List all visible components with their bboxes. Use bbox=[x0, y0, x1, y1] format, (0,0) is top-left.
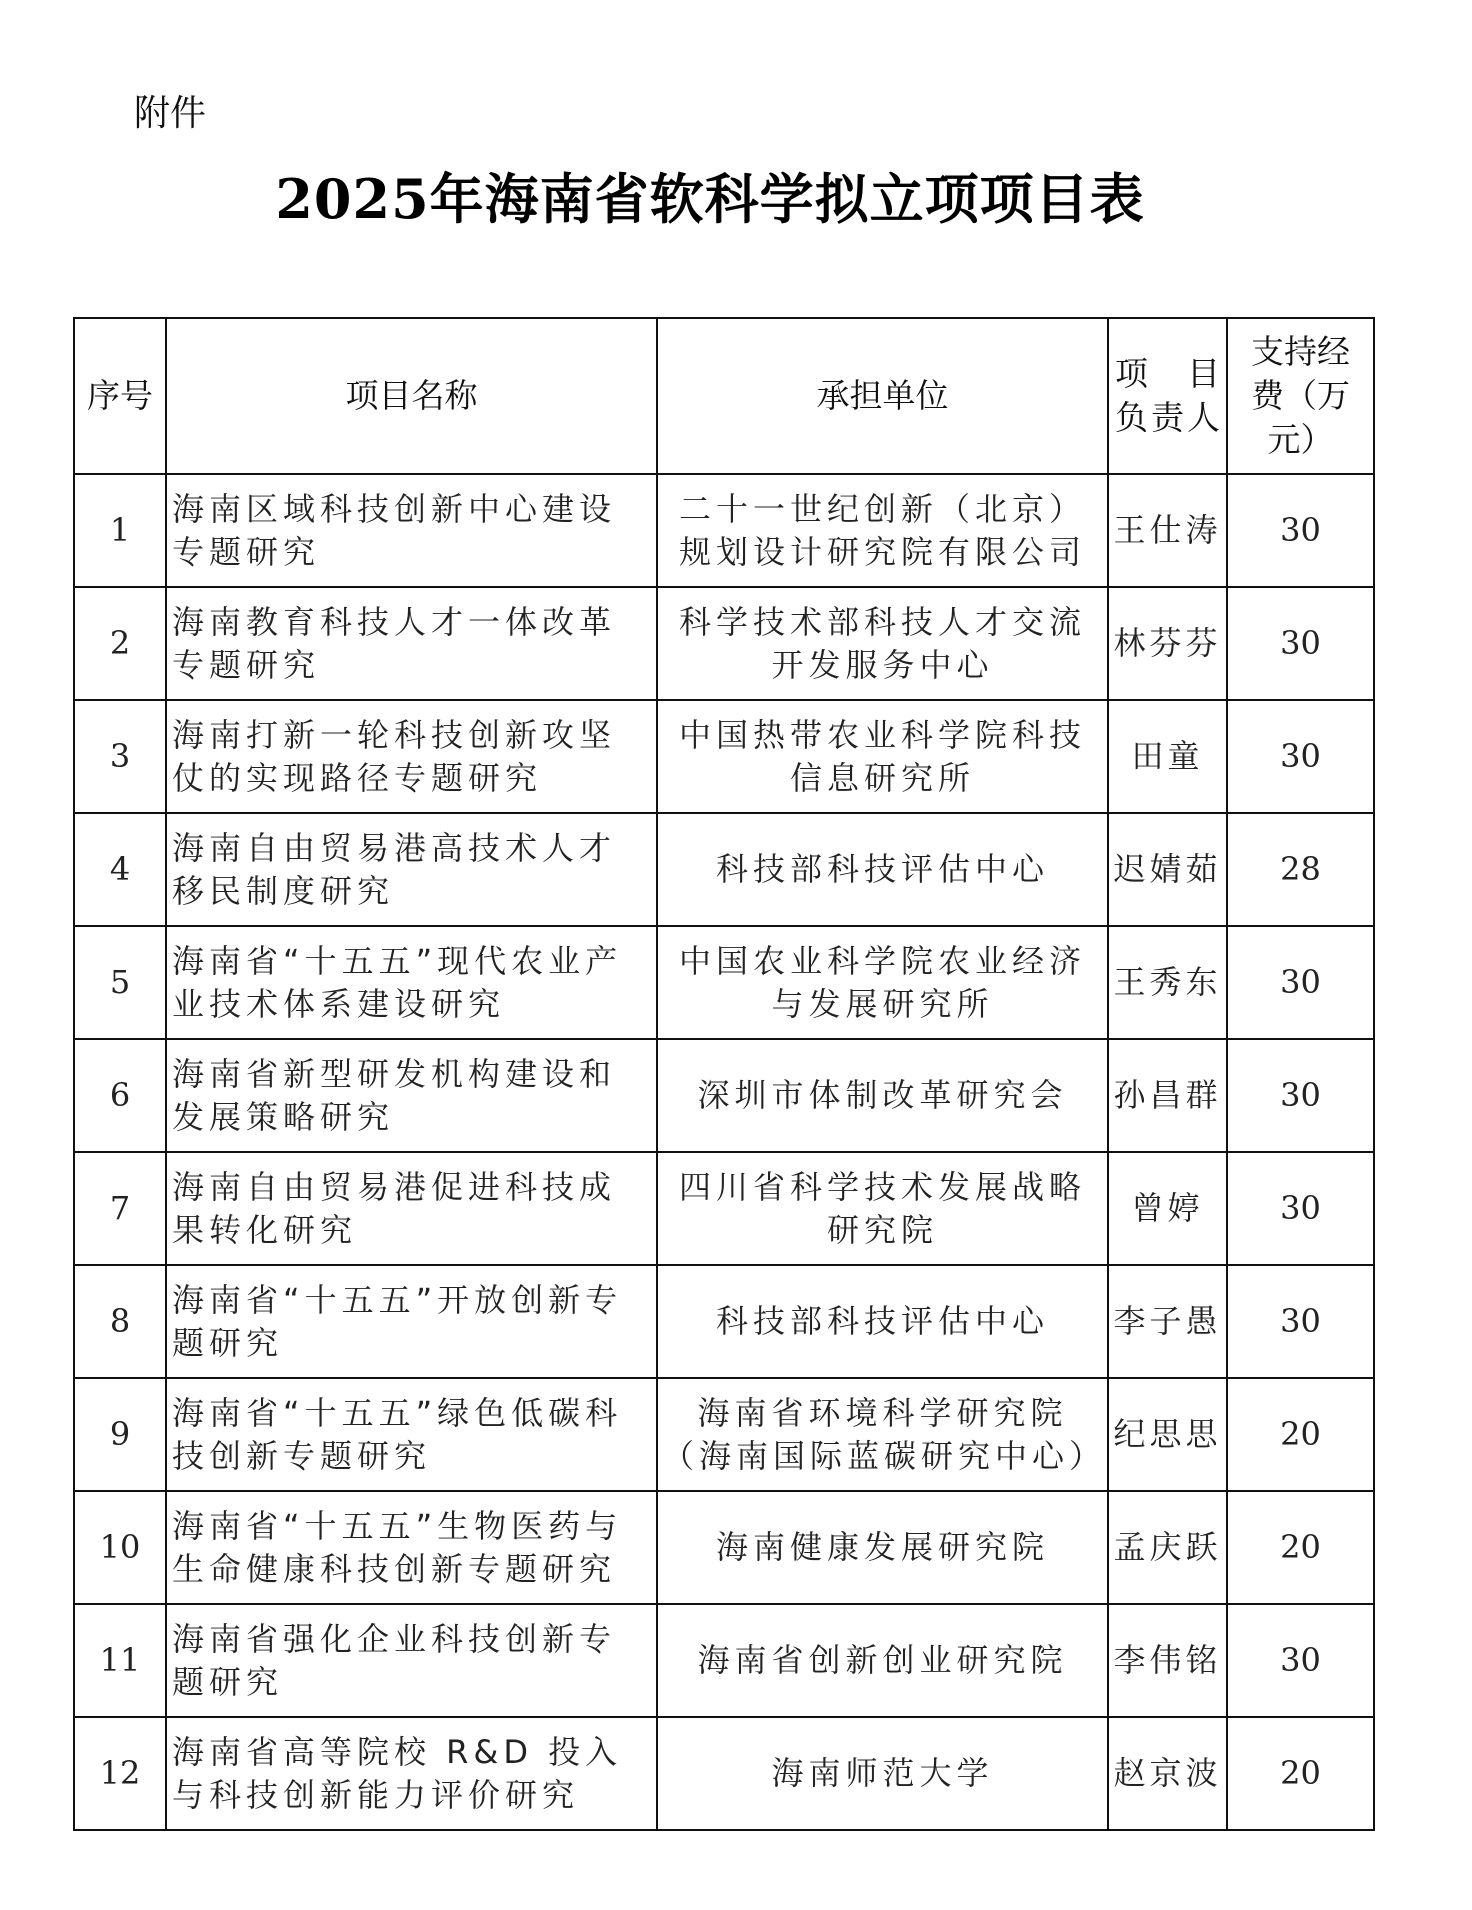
row-funding: 30 bbox=[1227, 474, 1374, 587]
row-index: 12 bbox=[74, 1717, 166, 1830]
row-unit: 中国热带农业科学院科技信息研究所 bbox=[657, 700, 1108, 813]
row-unit: 海南省环境科学研究院（海南国际蓝碳研究中心） bbox=[657, 1378, 1108, 1491]
row-funding: 30 bbox=[1227, 1039, 1374, 1152]
row-project-name: 海南区域科技创新中心建设专题研究 bbox=[166, 474, 657, 587]
row-project-name: 海南打新一轮科技创新攻坚仗的实现路径专题研究 bbox=[166, 700, 657, 813]
table-row: 10 海南省“十五五”生物医药与生命健康科技创新专题研究 海南健康发展研究院 孟… bbox=[74, 1491, 1374, 1604]
row-index: 2 bbox=[74, 587, 166, 700]
row-leader: 田童 bbox=[1108, 700, 1227, 813]
row-project-name: 海南自由贸易港高技术人才移民制度研究 bbox=[166, 813, 657, 926]
row-unit: 四川省科学技术发展战略研究院 bbox=[657, 1152, 1108, 1265]
table-row: 2 海南教育科技人才一体改革专题研究 科学技术部科技人才交流开发服务中心 林芬芬… bbox=[74, 587, 1374, 700]
row-leader: 纪思思 bbox=[1108, 1378, 1227, 1491]
row-funding: 20 bbox=[1227, 1717, 1374, 1830]
row-leader: 孟庆跃 bbox=[1108, 1491, 1227, 1604]
row-leader: 李子愚 bbox=[1108, 1265, 1227, 1378]
table-row: 3 海南打新一轮科技创新攻坚仗的实现路径专题研究 中国热带农业科学院科技信息研究… bbox=[74, 700, 1374, 813]
row-leader: 李伟铭 bbox=[1108, 1604, 1227, 1717]
row-index: 6 bbox=[74, 1039, 166, 1152]
row-funding: 30 bbox=[1227, 1604, 1374, 1717]
row-index: 8 bbox=[74, 1265, 166, 1378]
document-title: 2025年海南省软科学拟立项项目表 bbox=[0, 166, 1420, 232]
table-row: 4 海南自由贸易港高技术人才移民制度研究 科技部科技评估中心 迟婧茹 28 bbox=[74, 813, 1374, 926]
table-row: 9 海南省“十五五”绿色低碳科技创新专题研究 海南省环境科学研究院（海南国际蓝碳… bbox=[74, 1378, 1374, 1491]
row-funding: 28 bbox=[1227, 813, 1374, 926]
column-header-funding: 支持经费（万元） bbox=[1227, 318, 1374, 474]
row-index: 5 bbox=[74, 926, 166, 1039]
table-row: 8 海南省“十五五”开放创新专题研究 科技部科技评估中心 李子愚 30 bbox=[74, 1265, 1374, 1378]
row-leader: 林芬芬 bbox=[1108, 587, 1227, 700]
row-leader: 王秀东 bbox=[1108, 926, 1227, 1039]
row-funding: 30 bbox=[1227, 587, 1374, 700]
row-leader: 赵京波 bbox=[1108, 1717, 1227, 1830]
row-leader: 孙昌群 bbox=[1108, 1039, 1227, 1152]
table-row: 7 海南自由贸易港促进科技成果转化研究 四川省科学技术发展战略研究院 曾婷 30 bbox=[74, 1152, 1374, 1265]
attachment-label: 附件 bbox=[134, 92, 206, 136]
row-leader: 曾婷 bbox=[1108, 1152, 1227, 1265]
row-project-name: 海南教育科技人才一体改革专题研究 bbox=[166, 587, 657, 700]
row-unit: 海南省创新创业研究院 bbox=[657, 1604, 1108, 1717]
row-project-name: 海南省新型研发机构建设和发展策略研究 bbox=[166, 1039, 657, 1152]
row-unit: 科技部科技评估中心 bbox=[657, 1265, 1108, 1378]
column-header-leader: 项 目 负责人 bbox=[1108, 318, 1227, 474]
row-funding: 30 bbox=[1227, 1265, 1374, 1378]
row-index: 4 bbox=[74, 813, 166, 926]
row-index: 9 bbox=[74, 1378, 166, 1491]
row-funding: 20 bbox=[1227, 1491, 1374, 1604]
row-leader: 王仕涛 bbox=[1108, 474, 1227, 587]
table-row: 12 海南省高等院校 R&D 投入与科技创新能力评价研究 海南师范大学 赵京波 … bbox=[74, 1717, 1374, 1830]
row-project-name: 海南自由贸易港促进科技成果转化研究 bbox=[166, 1152, 657, 1265]
table-row: 11 海南省强化企业科技创新专题研究 海南省创新创业研究院 李伟铭 30 bbox=[74, 1604, 1374, 1717]
table-row: 5 海南省“十五五”现代农业产业技术体系建设研究 中国农业科学院农业经济与发展研… bbox=[74, 926, 1374, 1039]
column-header-unit: 承担单位 bbox=[657, 318, 1108, 474]
row-unit: 科学技术部科技人才交流开发服务中心 bbox=[657, 587, 1108, 700]
row-project-name: 海南省“十五五”绿色低碳科技创新专题研究 bbox=[166, 1378, 657, 1491]
row-index: 10 bbox=[74, 1491, 166, 1604]
row-funding: 30 bbox=[1227, 926, 1374, 1039]
row-unit: 中国农业科学院农业经济与发展研究所 bbox=[657, 926, 1108, 1039]
row-project-name: 海南省高等院校 R&D 投入与科技创新能力评价研究 bbox=[166, 1717, 657, 1830]
row-funding: 20 bbox=[1227, 1378, 1374, 1491]
row-funding: 30 bbox=[1227, 700, 1374, 813]
row-index: 11 bbox=[74, 1604, 166, 1717]
row-unit: 二十一世纪创新（北京）规划设计研究院有限公司 bbox=[657, 474, 1108, 587]
row-unit: 海南健康发展研究院 bbox=[657, 1491, 1108, 1604]
row-project-name: 海南省“十五五”生物医药与生命健康科技创新专题研究 bbox=[166, 1491, 657, 1604]
row-project-name: 海南省“十五五”开放创新专题研究 bbox=[166, 1265, 657, 1378]
row-index: 1 bbox=[74, 474, 166, 587]
row-leader: 迟婧茹 bbox=[1108, 813, 1227, 926]
row-unit: 深圳市体制改革研究会 bbox=[657, 1039, 1108, 1152]
row-index: 7 bbox=[74, 1152, 166, 1265]
row-unit: 海南师范大学 bbox=[657, 1717, 1108, 1830]
row-project-name: 海南省强化企业科技创新专题研究 bbox=[166, 1604, 657, 1717]
column-header-project-name: 项目名称 bbox=[166, 318, 657, 474]
row-funding: 30 bbox=[1227, 1152, 1374, 1265]
table-header-row: 序号 项目名称 承担单位 项 目 负责人 支持经费（万元） bbox=[74, 318, 1374, 474]
row-project-name: 海南省“十五五”现代农业产业技术体系建设研究 bbox=[166, 926, 657, 1039]
row-unit: 科技部科技评估中心 bbox=[657, 813, 1108, 926]
project-table: 序号 项目名称 承担单位 项 目 负责人 支持经费（万元） 1 海南区域科技创新… bbox=[73, 317, 1375, 1831]
row-index: 3 bbox=[74, 700, 166, 813]
table-row: 1 海南区域科技创新中心建设专题研究 二十一世纪创新（北京）规划设计研究院有限公… bbox=[74, 474, 1374, 587]
column-header-index: 序号 bbox=[74, 318, 166, 474]
table-row: 6 海南省新型研发机构建设和发展策略研究 深圳市体制改革研究会 孙昌群 30 bbox=[74, 1039, 1374, 1152]
